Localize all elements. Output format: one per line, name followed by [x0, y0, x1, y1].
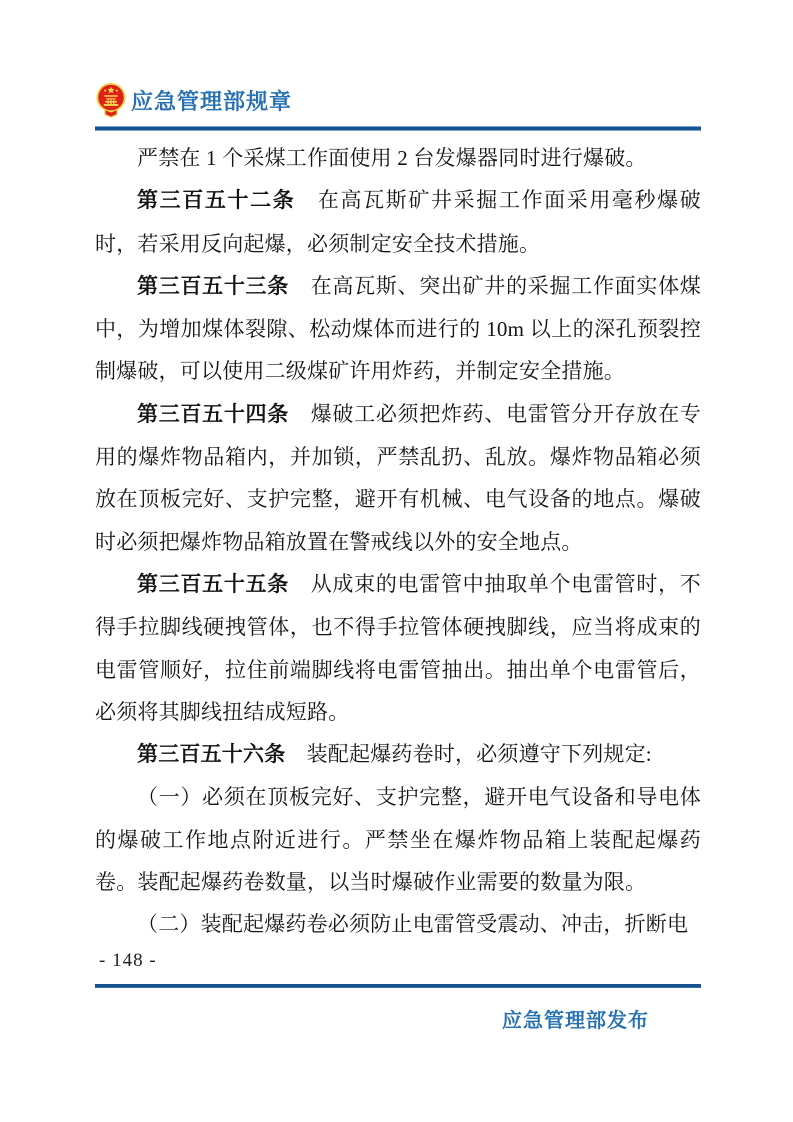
article-number: 第三百五十三条 — [137, 275, 289, 298]
body-text: 严禁在 1 个采煤工作面使用 2 台发爆器同时进行爆破。 — [137, 146, 647, 170]
footer-publisher: 应急管理部发布 — [95, 1004, 701, 1033]
document-page: 应急管理部规章 严禁在 1 个采煤工作面使用 2 台发爆器同时进行爆破。第三百五… — [0, 0, 793, 1122]
body-text: （二）装配起爆药卷必须防止电雷管受震动、冲击，折断电 — [137, 912, 688, 936]
paragraph: 第三百五十三条 在高瓦斯、突出矿井的采掘工作面实体煤中，为增加煤体裂隙、松动煤体… — [95, 265, 701, 393]
paragraph: （一）必须在顶板完好、支护完整，避开电气设备和导电体的爆破工作地点附近进行。严禁… — [95, 776, 701, 903]
page-number: - 148 - — [99, 950, 157, 972]
footer-rule — [95, 984, 701, 988]
paragraph: 第三百五十六条 装配起爆药卷时，必须遵守下列规定: — [95, 733, 701, 776]
header-rule — [95, 126, 701, 131]
body-text: （一）必须在顶板完好、支护完整，避开电气设备和导电体的爆破工作地点附近进行。严禁… — [95, 785, 701, 894]
document-header: 应急管理部规章 — [96, 82, 292, 118]
paragraph: 严禁在 1 个采煤工作面使用 2 台发爆器同时进行爆破。 — [95, 137, 701, 179]
paragraph: 第三百五十四条 爆破工必须把炸药、电雷管分开存放在专用的爆炸物品箱内，并加锁，严… — [95, 393, 701, 563]
article-number: 第三百五十四条 — [137, 403, 289, 426]
document-body: 严禁在 1 个采煤工作面使用 2 台发爆器同时进行爆破。第三百五十二条 在高瓦斯… — [95, 137, 701, 946]
paragraph: 第三百五十二条 在高瓦斯矿井采掘工作面采用毫秒爆破时，若采用反向起爆，必须制定安… — [95, 179, 701, 265]
article-number: 第三百五十六条 — [137, 743, 285, 766]
article-number: 第三百五十五条 — [137, 573, 289, 596]
paragraph: （二）装配起爆药卷必须防止电雷管受震动、冲击，折断电 — [95, 903, 701, 945]
article-number: 第三百五十二条 — [137, 189, 295, 212]
header-title: 应急管理部规章 — [131, 85, 292, 116]
paragraph: 第三百五十五条 从成束的电雷管中抽取单个电雷管时，不得手拉脚线硬拽管体，也不得手… — [95, 563, 701, 733]
national-emblem-icon — [96, 82, 126, 118]
body-text: 装配起爆药卷时，必须遵守下列规定: — [285, 742, 651, 766]
